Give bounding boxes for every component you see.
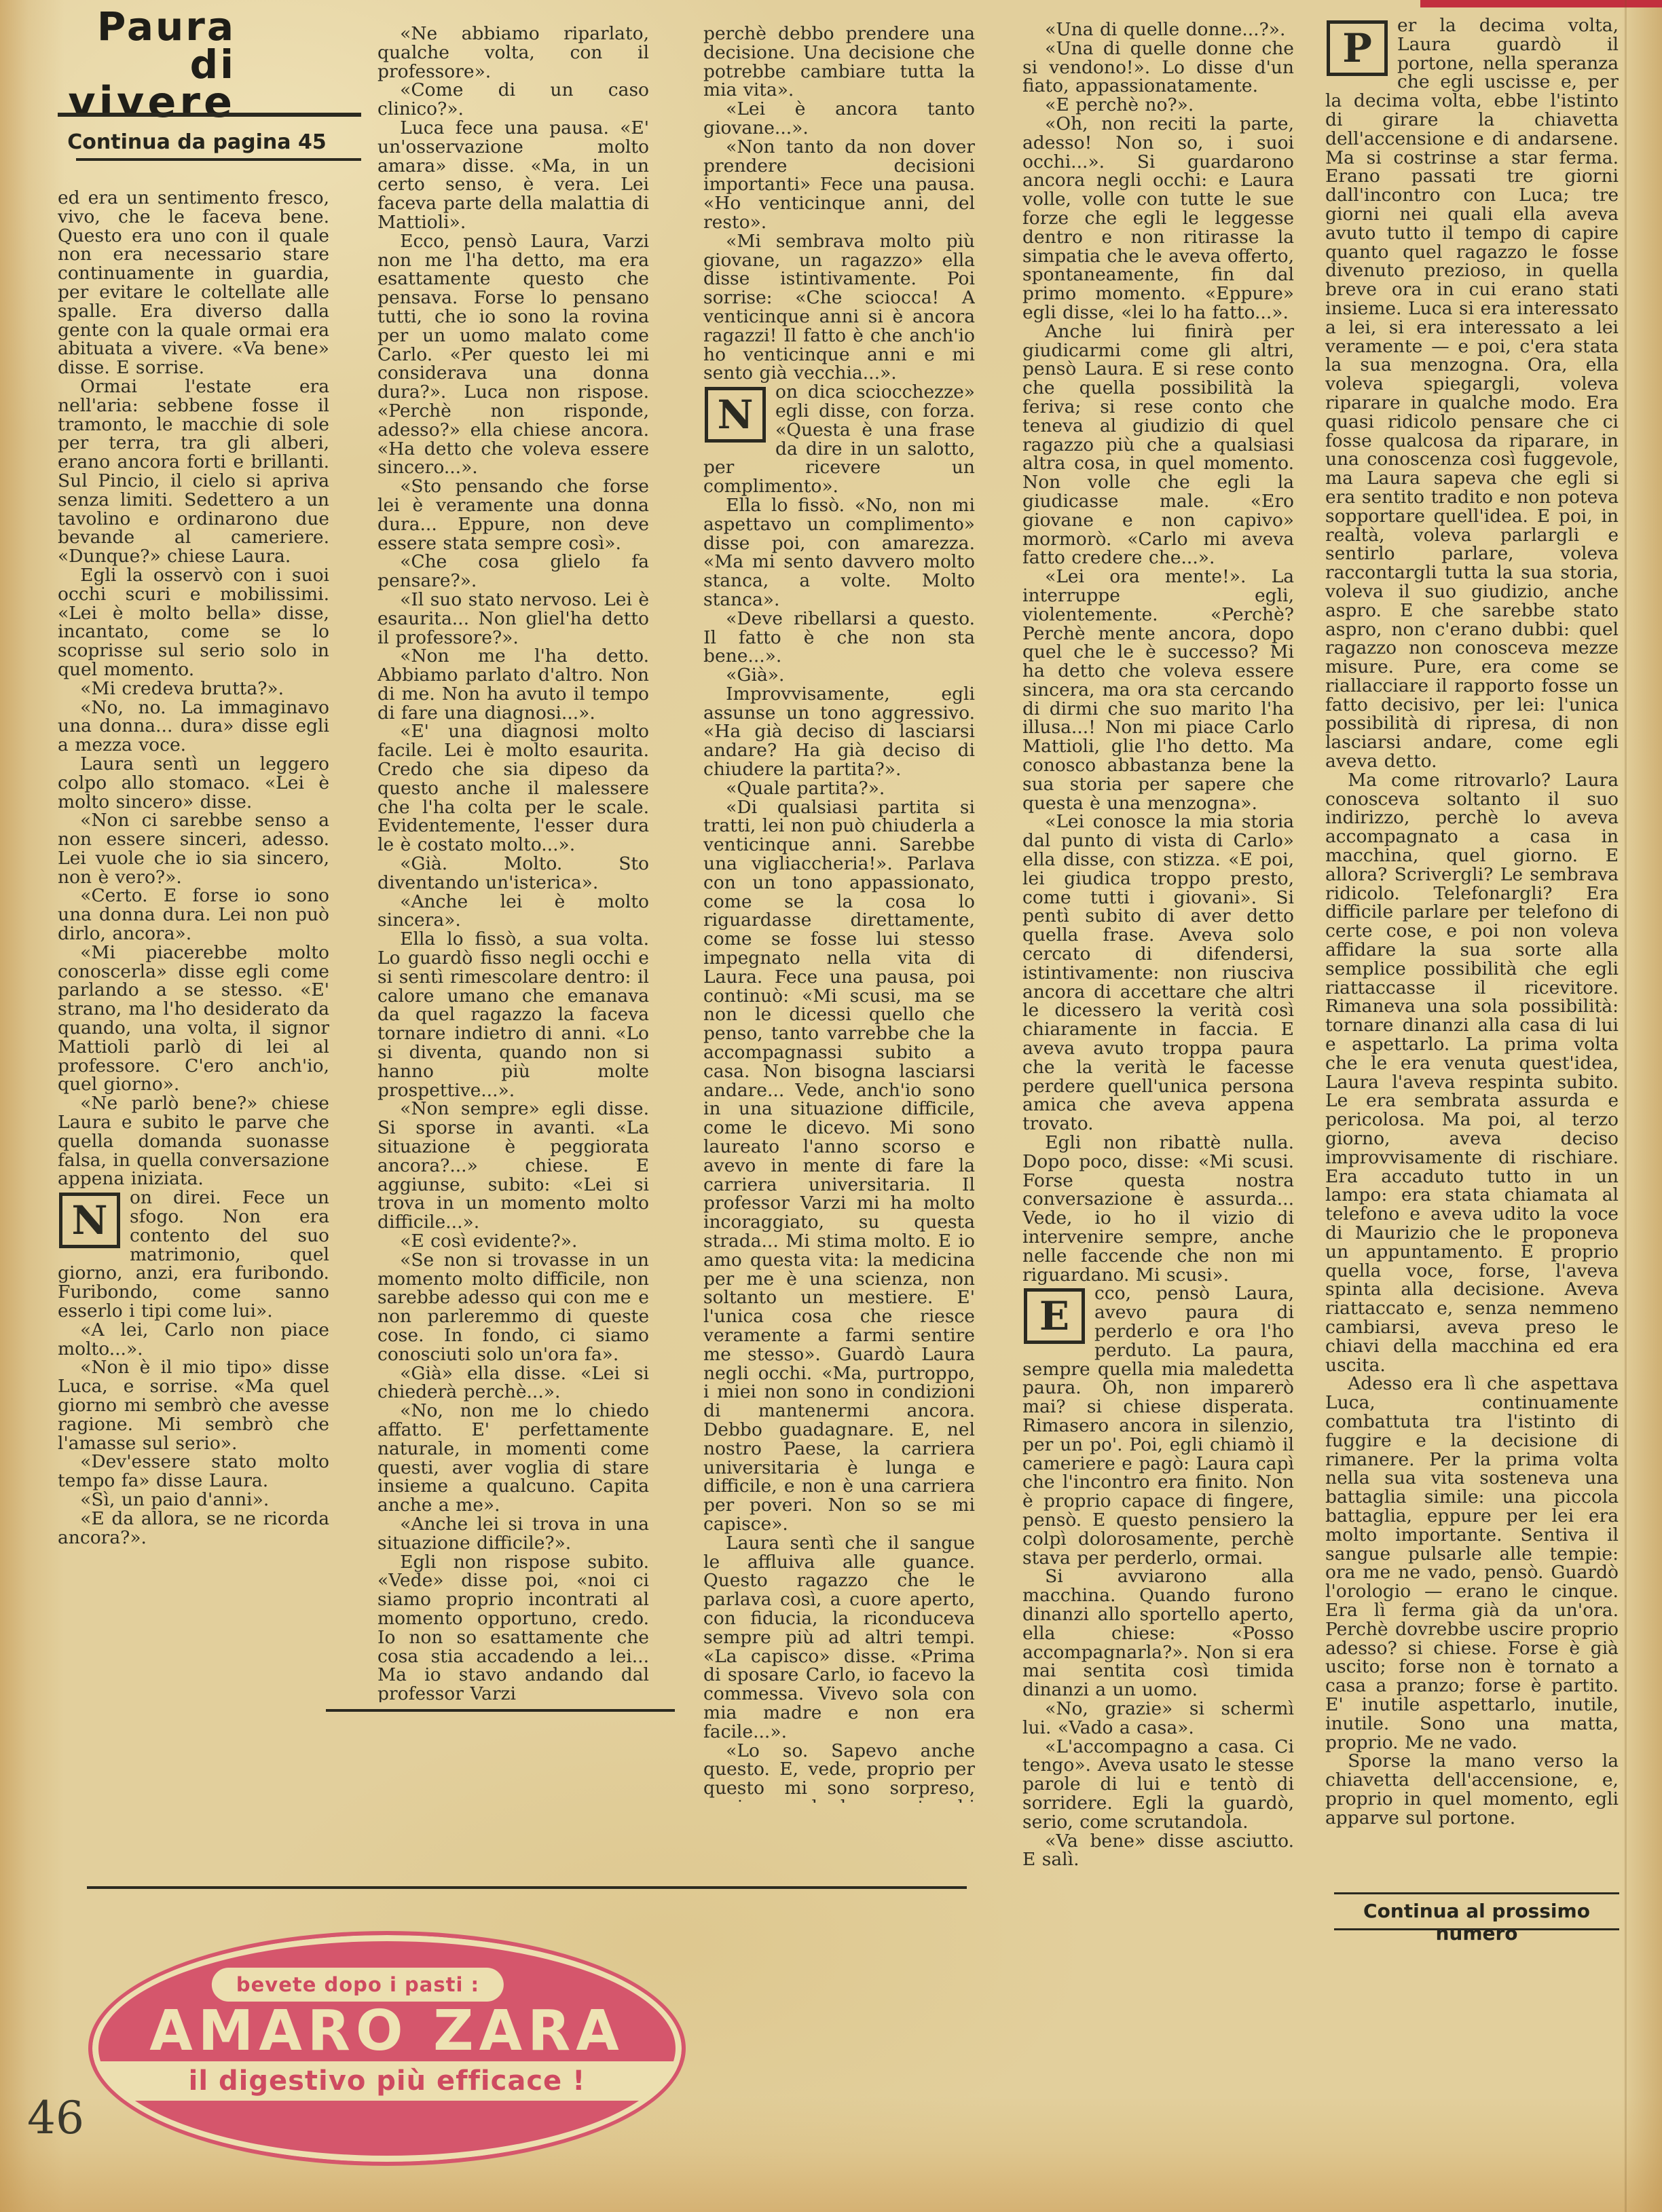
divider-rule bbox=[1334, 1928, 1619, 1930]
story-paragraph: «E' una diagnosi molto facile. Lei è mol… bbox=[377, 722, 649, 855]
story-paragraph: Laura sentì un leggero colpo allo stomac… bbox=[58, 755, 329, 811]
story-column-1: ed era un sentimento fresco, vivo, che l… bbox=[58, 189, 329, 1814]
story-paragraph: «No, non me lo chiedo affatto. E' perfet… bbox=[377, 1402, 649, 1515]
story-paragraph: Improvvisamente, egli assunse un tono ag… bbox=[703, 685, 975, 779]
story-paragraph: «Oh, non reciti la parte, adesso! Non so… bbox=[1022, 115, 1294, 322]
divider-rule bbox=[87, 1886, 967, 1889]
story-paragraph: «No, grazie» si schermì lui. «Vado a cas… bbox=[1022, 1700, 1294, 1738]
continued-next-note: Continua al prossimo numero bbox=[1334, 1900, 1619, 1945]
story-paragraph: Ecco, pensò Laura, Varzi non me l'ha det… bbox=[377, 232, 649, 477]
drop-cap-letter: P bbox=[1327, 20, 1388, 76]
story-paragraph: «Che cosa glielo fa pensare?». bbox=[377, 552, 649, 591]
story-paragraph: «Mi sembrava molto più giovane, un ragaz… bbox=[703, 232, 975, 383]
story-paragraph: Egli non ribattè nulla. Dopo poco, disse… bbox=[1022, 1133, 1294, 1284]
story-paragraph: Egli la osservò con i suoi occhi scuri e… bbox=[58, 566, 329, 679]
story-column-2: «Ne abbiamo riparlato, qualche volta, co… bbox=[377, 24, 649, 1702]
story-paragraph: Non direi. Fece un sfogo. Non era conten… bbox=[58, 1188, 329, 1321]
story-paragraph: Per la decima volta, Laura guardò il por… bbox=[1325, 16, 1619, 771]
story-paragraph-text: er la decima volta, Laura guardò il port… bbox=[1325, 16, 1619, 772]
story-paragraph: «Mi piacerebbe molto conoscerla» disse e… bbox=[58, 943, 329, 1094]
story-paragraph: «Deve ribellarsi a questo. Il fatto è ch… bbox=[703, 610, 975, 666]
ad-ellipse: bevete dopo i pasti : AMARO ZARA il dige… bbox=[88, 1931, 686, 2166]
story-paragraph: Non dica sciocchezze» egli disse, con fo… bbox=[703, 383, 975, 496]
story-paragraph: Ecco, pensò Laura, avevo paura di perder… bbox=[1022, 1284, 1294, 1567]
divider-rule bbox=[1334, 1892, 1619, 1894]
story-paragraph: «Ne abbiamo riparlato, qualche volta, co… bbox=[377, 24, 649, 81]
story-paragraph: «Come di un caso clinico?». bbox=[377, 81, 649, 119]
story-paragraph: «Certo. E forse io sono una donna dura. … bbox=[58, 886, 329, 943]
ad-tagline-bottom: il digestivo più efficace ! bbox=[92, 2061, 682, 2101]
story-column-4: «Una di quelle donne...?». «Una di quell… bbox=[1022, 20, 1294, 1877]
drop-cap-letter: N bbox=[705, 387, 766, 443]
article-title-line: Paura bbox=[58, 10, 236, 43]
story-paragraph: «Sto pensando che forse lei è veramente … bbox=[377, 477, 649, 552]
story-paragraph: Adesso era lì che aspettava Luca, contin… bbox=[1325, 1374, 1619, 1752]
story-paragraph: «Una di quelle donne...?». bbox=[1022, 20, 1294, 39]
drop-cap-letter: N bbox=[59, 1193, 120, 1248]
article-title-line: di bbox=[58, 48, 236, 81]
story-paragraph: Sporse la mano verso la chiavetta dell'a… bbox=[1325, 1752, 1619, 1827]
ad-tagline-top: bevete dopo i pasti : bbox=[212, 1968, 504, 2002]
story-paragraph: «Una di quelle donne che si vendono!». L… bbox=[1022, 39, 1294, 96]
story-paragraph: Ma come ritrovarlo? Laura conosceva solt… bbox=[1325, 771, 1619, 1375]
story-paragraph: ed era un sentimento fresco, vivo, che l… bbox=[58, 189, 329, 377]
amaro-zara-ad: bevete dopo i pasti : AMARO ZARA il dige… bbox=[88, 1931, 686, 2166]
story-paragraph: «Sì, un paio d'anni». bbox=[58, 1491, 329, 1510]
story-paragraph: Luca fece una pausa. «E' un'osservazione… bbox=[377, 119, 649, 232]
story-paragraph: perchè debbo prendere una decisione. Una… bbox=[703, 24, 975, 100]
story-paragraph: «Già. Molto. Sto diventando un'isterica»… bbox=[377, 855, 649, 893]
story-paragraph: «E da allora, se ne ricorda ancora?». bbox=[58, 1510, 329, 1548]
story-paragraph: Anche lui finirà per giudicarmi come gli… bbox=[1022, 322, 1294, 567]
continued-from-note: Continua da pagina 45 bbox=[58, 130, 336, 154]
divider-rule bbox=[58, 113, 361, 117]
story-paragraph: «Di qualsiasi partita si tratti, lei non… bbox=[703, 798, 975, 1534]
story-paragraph: «Lei è ancora tanto giovane...». bbox=[703, 100, 975, 138]
story-paragraph: «Non è il mio tipo» disse Luca, e sorris… bbox=[58, 1358, 329, 1452]
divider-rule bbox=[76, 158, 361, 161]
story-column-5: Per la decima volta, Laura guardò il por… bbox=[1325, 16, 1619, 1881]
story-paragraph: «Anche lei è molto sincera». bbox=[377, 893, 649, 931]
story-paragraph: «No, no. La immaginavo una donna... dura… bbox=[58, 698, 329, 755]
story-paragraph: «Lei ora mente!». La interruppe egli, vi… bbox=[1022, 567, 1294, 812]
story-paragraph: Si avviarono alla macchina. Quando furon… bbox=[1022, 1567, 1294, 1700]
story-paragraph: «Dev'essere stato molto tempo fa» disse … bbox=[58, 1452, 329, 1491]
magazine-page: Paura di vivere Continua da pagina 45 ed… bbox=[0, 0, 1662, 2212]
drop-cap-letter: E bbox=[1024, 1288, 1085, 1344]
story-paragraph: Ormai l'estate era nell'aria: sebbene fo… bbox=[58, 377, 329, 566]
story-paragraph: «Va bene» disse asciutto. E salì. bbox=[1022, 1832, 1294, 1870]
story-paragraph: Egli non rispose subito. «Vede» disse po… bbox=[377, 1553, 649, 1702]
story-paragraph: «Non ci sarebbe senso a non essere since… bbox=[58, 811, 329, 886]
story-paragraph: Ella lo fissò. «No, non mi aspettavo un … bbox=[703, 496, 975, 610]
story-paragraph: «E perchè no?». bbox=[1022, 96, 1294, 115]
story-paragraph: «Quale partita?». bbox=[703, 779, 975, 798]
divider-rule bbox=[326, 1709, 675, 1712]
story-paragraph: «Il suo stato nervoso. Lei è esaurita...… bbox=[377, 591, 649, 647]
story-paragraph: «Ne parlò bene?» chiese Laura e subito l… bbox=[58, 1094, 329, 1188]
ad-brand-name: AMARO ZARA bbox=[92, 1999, 682, 2063]
story-paragraph: Laura sentì che il sangue le affluiva al… bbox=[703, 1534, 975, 1742]
article-title: Paura di vivere bbox=[58, 10, 236, 119]
story-paragraph: «Lo so. Sapevo anche questo. E, vede, pr… bbox=[703, 1742, 975, 1803]
story-column-3: perchè debbo prendere una decisione. Una… bbox=[703, 24, 975, 1803]
story-paragraph: «Non me l'ha detto. Abbiamo parlato d'al… bbox=[377, 647, 649, 722]
story-paragraph: «Non sempre» egli disse. Si sporse in av… bbox=[377, 1100, 649, 1232]
story-paragraph: «Se non si trovasse in un momento molto … bbox=[377, 1251, 649, 1364]
story-paragraph: «L'accompagno a casa. Ci tengo». Aveva u… bbox=[1022, 1738, 1294, 1832]
story-paragraph: Ella lo fissò, a sua volta. Lo guardò fi… bbox=[377, 930, 649, 1100]
story-paragraph: «Mi credeva brutta?». bbox=[58, 679, 329, 698]
story-paragraph: «Non tanto da non dover prendere decisio… bbox=[703, 138, 975, 232]
page-fold-line bbox=[1625, 0, 1627, 2212]
page-number: 46 bbox=[27, 2092, 84, 2144]
story-paragraph: «Anche lei si trova in una situazione di… bbox=[377, 1515, 649, 1553]
story-paragraph: «A lei, Carlo non piace molto...». bbox=[58, 1321, 329, 1359]
story-paragraph: «E così evidente?». bbox=[377, 1232, 649, 1251]
story-paragraph: «Già» ella disse. «Lei si chiederà perch… bbox=[377, 1364, 649, 1402]
story-paragraph: «Già». bbox=[703, 666, 975, 685]
story-paragraph: «Lei conosce la mia storia dal punto di … bbox=[1022, 812, 1294, 1133]
